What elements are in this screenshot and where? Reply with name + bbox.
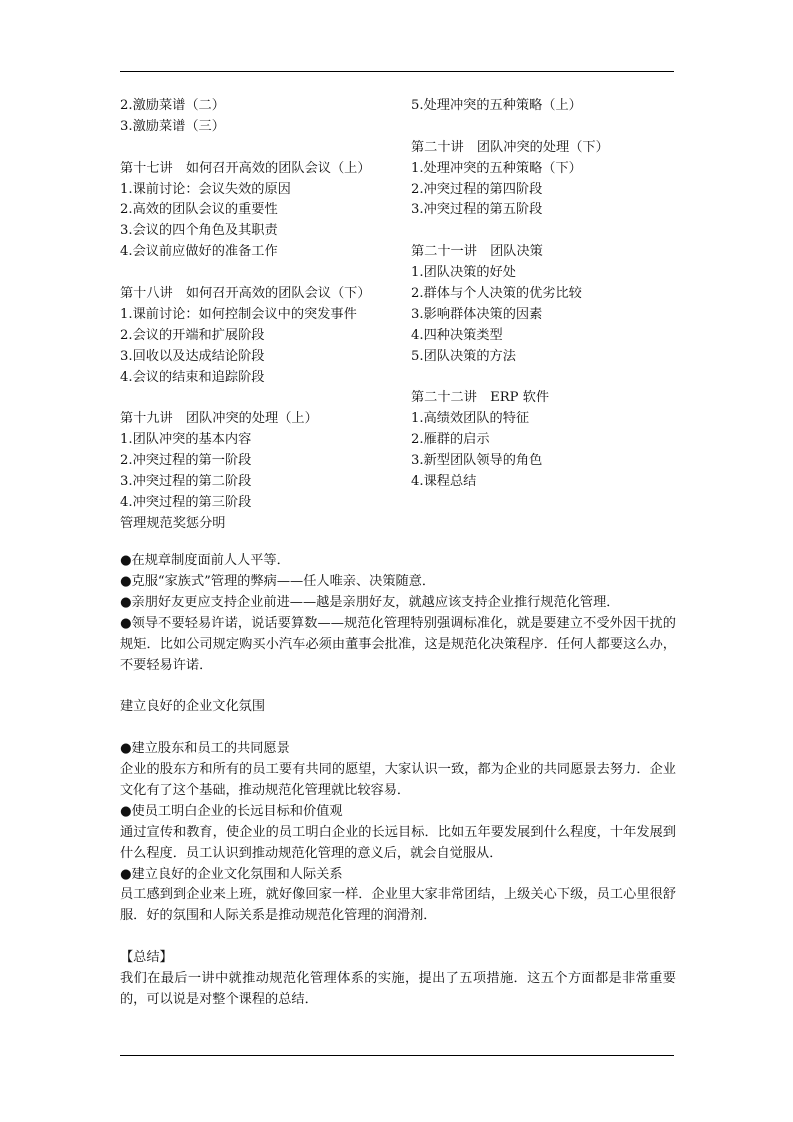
culture-heading: 建立良好的企业文化氛围	[120, 697, 676, 718]
list-item: 5.团队决策的方法	[411, 347, 674, 368]
list-item: 2.冲突过程的第四阶段	[411, 180, 674, 201]
list-item: 3.激励菜谱（三）	[120, 117, 400, 138]
summary-heading: 【总结】	[120, 948, 676, 969]
list-item: 2.群体与个人决策的优劣比较	[411, 284, 674, 305]
bullet-rule: ●领导不要轻易许诺，说话要算数——规范化管理特别强调标准化，就是要建立不受外因干…	[120, 614, 676, 677]
spacer	[120, 927, 676, 948]
list-item: 2.雁群的启示	[411, 430, 674, 451]
list-item: 3.冲突过程的第五阶段	[411, 200, 674, 221]
footer-rule	[120, 1055, 674, 1056]
list-item: 4.课程总结	[411, 472, 674, 493]
list-item: 2.冲突过程的第一阶段	[120, 451, 400, 472]
spacer	[411, 368, 674, 389]
list-item: 1.课前讨论：如何控制会议中的突发事件	[120, 305, 400, 326]
bullet-rule: ●在规章制度面前人人平等．	[120, 551, 676, 572]
spacer	[120, 676, 676, 697]
spacer	[120, 718, 676, 739]
list-item: 4.四种决策类型	[411, 326, 674, 347]
summary-text: 我们在最后一讲中就推动规范化管理体系的实施，提出了五项措施．这五个方面都是非常重…	[120, 969, 676, 1011]
culture-point-bullet: ●建立股东和员工的共同愿景	[120, 739, 676, 760]
spacer	[120, 388, 400, 409]
list-item: 2.会议的开端和扩展阶段	[120, 326, 400, 347]
list-item: 3.影响群体决策的因素	[411, 305, 674, 326]
lecture-19-title: 第十九讲 团队冲突的处理（上）	[120, 409, 400, 430]
culture-point-bullet: ●建立良好的企业文化氛围和人际关系	[120, 865, 676, 886]
list-item: 3.冲突过程的第二阶段	[120, 472, 400, 493]
list-item: 2.激励菜谱（二）	[120, 96, 400, 117]
list-item: 3.会议的四个角色及其职责	[120, 221, 400, 242]
list-item: 1.高绩效团队的特征	[411, 409, 674, 430]
culture-point-bullet: ●使员工明白企业的长远目标和价值观	[120, 802, 676, 823]
bullet-rule: ●亲朋好友更应支持企业前进——越是亲朋好友，就越应该支持企业推行规范化管理．	[120, 593, 676, 614]
list-item: 4.会议前应做好的准备工作	[120, 242, 400, 263]
lecture-18-title: 第十八讲 如何召开高效的团队会议（下）	[120, 284, 400, 305]
list-item: 3.回收以及达成结论阶段	[120, 347, 400, 368]
spacer	[120, 263, 400, 284]
spacer	[411, 117, 674, 138]
list-item: 1.团队决策的好处	[411, 263, 674, 284]
list-item: 1.课前讨论：会议失效的原因	[120, 180, 400, 201]
spacer	[411, 221, 674, 242]
header-rule	[120, 71, 674, 72]
culture-point-text: 通过宣传和教育，使企业的员工明白企业的长远目标．比如五年要发展到什么程度，十年发…	[120, 823, 676, 865]
list-item: 4.冲突过程的第三阶段	[120, 493, 400, 514]
lecture-17-title: 第十七讲 如何召开高效的团队会议（上）	[120, 159, 400, 180]
list-item: 5.处理冲突的五种策略（上）	[411, 96, 674, 117]
section-heading-rewards: 管理规范奖惩分明	[120, 514, 400, 535]
list-item: 1.团队冲突的基本内容	[120, 430, 400, 451]
spacer	[120, 138, 400, 159]
lecture-20-title: 第二十讲 团队冲突的处理（下）	[411, 138, 674, 159]
lecture-22-title: 第二十二讲 ERP 软件	[411, 388, 674, 409]
bullet-rule: ●克服“家族式”管理的弊病——任人唯亲、决策随意．	[120, 572, 676, 593]
body-text: ●在规章制度面前人人平等． ●克服“家族式”管理的弊病——任人唯亲、决策随意． …	[120, 551, 676, 1011]
list-item: 4.会议的结束和追踪阶段	[120, 368, 400, 389]
list-item: 2.高效的团队会议的重要性	[120, 200, 400, 221]
lecture-21-title: 第二十一讲 团队决策	[411, 242, 674, 263]
culture-point-text: 员工感到到企业来上班，就好像回家一样．企业里大家非常团结，上级关心下级，员工心里…	[120, 885, 676, 927]
list-item: 3.新型团队领导的角色	[411, 451, 674, 472]
culture-point-text: 企业的股东方和所有的员工要有共同的愿望，大家认识一致，都为企业的共同愿景去努力．…	[120, 760, 676, 802]
list-item: 1.处理冲突的五种策略（下）	[411, 159, 674, 180]
right-column: 5.处理冲突的五种策略（上） 第二十讲 团队冲突的处理（下） 1.处理冲突的五种…	[411, 96, 674, 493]
left-column: 2.激励菜谱（二） 3.激励菜谱（三） 第十七讲 如何召开高效的团队会议（上） …	[120, 96, 400, 535]
